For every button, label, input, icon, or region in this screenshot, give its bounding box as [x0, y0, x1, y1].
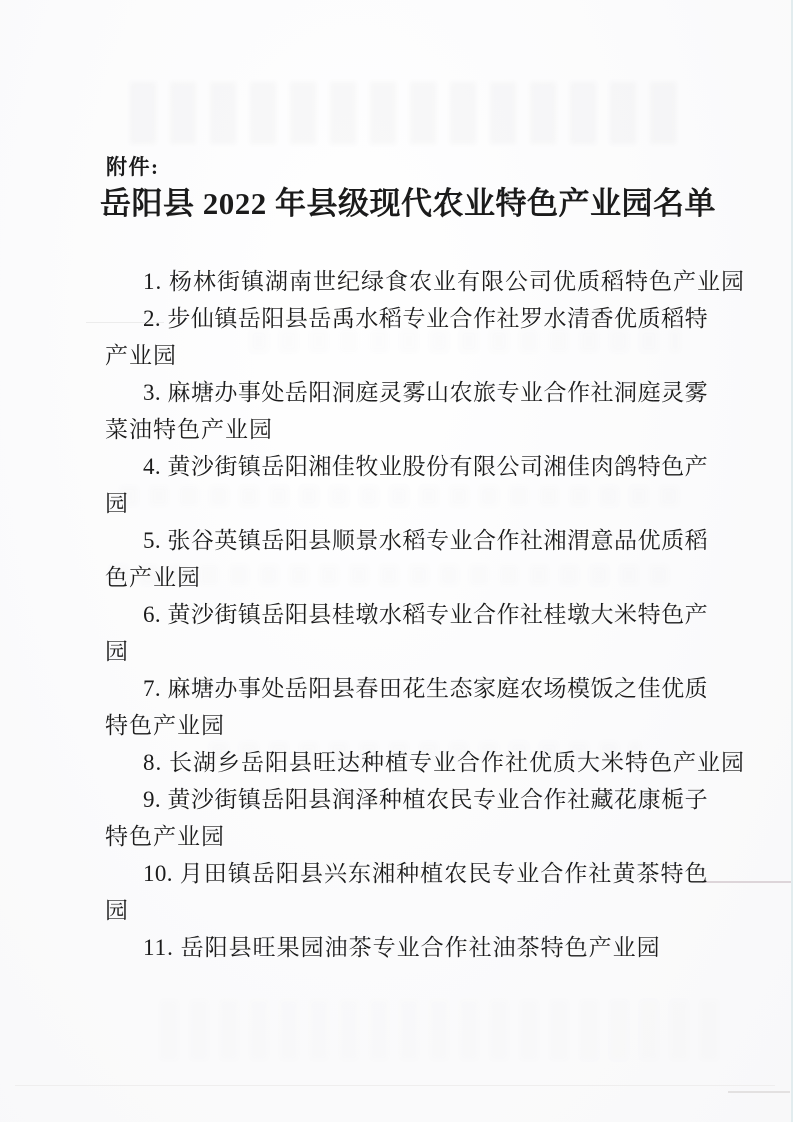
list-item: 2. 步仙镇岳阳县岳禹水稻专业合作社罗水清香优质稻特色产业园 [105, 300, 708, 374]
list-item-line: 园 [105, 892, 708, 929]
list-item-line: 2. 步仙镇岳阳县岳禹水稻专业合作社罗水清香优质稻特色 [105, 300, 708, 337]
list-item: 6. 黄沙街镇岳阳县桂墩水稻专业合作社桂墩大米特色产业园 [105, 596, 708, 670]
list-item: 4. 黄沙街镇岳阳湘佳牧业股份有限公司湘佳肉鸽特色产业园 [105, 448, 708, 522]
scanned-document-page: 附件: 岳阳县 2022 年县级现代农业特色产业园名单 1. 杨林街镇湖南世纪绿… [0, 0, 793, 1122]
list-item: 9. 黄沙街镇岳阳县润泽种植农民专业合作社藏花康栀子花特色产业园 [105, 781, 708, 855]
list-item-line: 6. 黄沙街镇岳阳县桂墩水稻专业合作社桂墩大米特色产业 [105, 596, 708, 633]
list-item: 5. 张谷英镇岳阳县顺景水稻专业合作社湘渭意品优质稻特色产业园 [105, 522, 708, 596]
scan-artifact-line [15, 1085, 775, 1086]
list-item-line: 色产业园 [105, 559, 708, 596]
list-item: 7. 麻塘办事处岳阳县春田花生态家庭农场模饭之佳优质稻特色产业园 [105, 670, 708, 744]
industrial-park-list: 1. 杨林街镇湖南世纪绿食农业有限公司优质稻特色产业园2. 步仙镇岳阳县岳禹水稻… [105, 263, 708, 966]
list-item: 8. 长湖乡岳阳县旺达种植专业合作社优质大米特色产业园 [105, 744, 708, 781]
list-item-line: 3. 麻塘办事处岳阳洞庭灵雾山农旅专业合作社洞庭灵雾山 [105, 374, 708, 411]
list-item-line: 园 [105, 633, 708, 670]
list-item: 11. 岳阳县旺果园油茶专业合作社油茶特色产业园 [105, 929, 708, 966]
attachment-label: 附件: [106, 151, 160, 181]
scan-artifact-bleedthrough [130, 82, 690, 144]
list-item-line: 10. 月田镇岳阳县兴东湘种植农民专业合作社黄茶特色产业 [105, 855, 708, 892]
list-item-line: 菜油特色产业园 [105, 411, 708, 448]
list-item-line: 11. 岳阳县旺果园油茶专业合作社油茶特色产业园 [105, 929, 708, 966]
scan-artifact-line [728, 1091, 790, 1093]
list-item-line: 1. 杨林街镇湖南世纪绿食农业有限公司优质稻特色产业园 [105, 263, 708, 300]
document-title: 岳阳县 2022 年县级现代农业特色产业园名单 [100, 178, 710, 223]
list-item-line: 4. 黄沙街镇岳阳湘佳牧业股份有限公司湘佳肉鸽特色产业 [105, 448, 708, 485]
list-item: 10. 月田镇岳阳县兴东湘种植农民专业合作社黄茶特色产业园 [105, 855, 708, 929]
scan-artifact-smudge [160, 1000, 720, 1060]
list-item-line: 8. 长湖乡岳阳县旺达种植专业合作社优质大米特色产业园 [105, 744, 708, 781]
list-item-line: 特色产业园 [105, 707, 708, 744]
list-item: 3. 麻塘办事处岳阳洞庭灵雾山农旅专业合作社洞庭灵雾山菜油特色产业园 [105, 374, 708, 448]
list-item-line: 产业园 [105, 337, 708, 374]
list-item-line: 9. 黄沙街镇岳阳县润泽种植农民专业合作社藏花康栀子花 [105, 781, 708, 818]
list-item-line: 7. 麻塘办事处岳阳县春田花生态家庭农场模饭之佳优质稻 [105, 670, 708, 707]
list-item-line: 园 [105, 485, 708, 522]
scan-artifact-line [702, 881, 793, 883]
list-item-line: 特色产业园 [105, 818, 708, 855]
list-item: 1. 杨林街镇湖南世纪绿食农业有限公司优质稻特色产业园 [105, 263, 708, 300]
list-item-line: 5. 张谷英镇岳阳县顺景水稻专业合作社湘渭意品优质稻特 [105, 522, 708, 559]
